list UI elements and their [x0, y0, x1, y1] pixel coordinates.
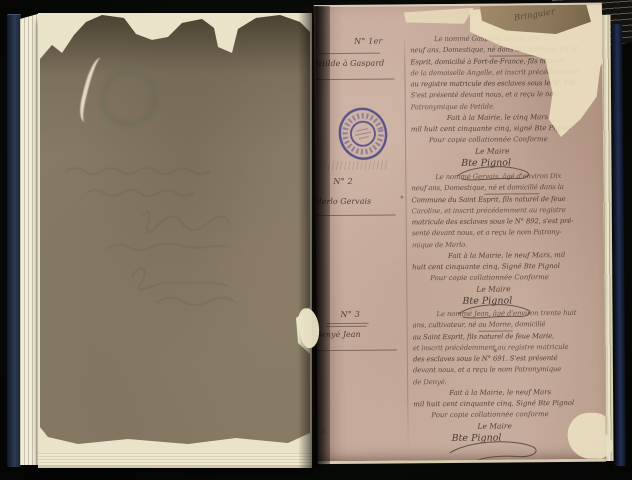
ghost-writing — [46, 153, 302, 363]
book-cover-right-edge — [611, 24, 626, 466]
left-page — [38, 13, 312, 465]
scanned-register-spread: N° 1er Petilde à Gaspard Le nommé Gaspar… — [0, 0, 632, 480]
book-cover-left-edge — [7, 14, 21, 467]
margin-rule — [327, 323, 369, 324]
certification-line: Pour copie collationnée Conforme — [429, 134, 601, 147]
page-number: 3 — [321, 427, 326, 435]
body-line: neuf ans, Domestique, né et domicilié da… — [411, 182, 601, 195]
body-line: ans, cultivateur, né au Morne, domicilié — [413, 319, 603, 332]
margin-rule — [327, 326, 367, 327]
certification-line: Pour copie collationnée Conforme — [430, 272, 602, 285]
body-line: de Denyé. — [413, 375, 603, 388]
signature-flourish-large — [444, 438, 548, 464]
acte-entry-2: N° 2 Merlo Gervais Le nommé Gervais, âgé… — [315, 169, 604, 314]
entry-body: Le nommé Gervais, âgé d'environ Dix neuf… — [411, 171, 602, 316]
entry-margin-name: Merlo Gervais — [314, 196, 408, 206]
margin-rule — [318, 53, 380, 55]
torn-tissue-overlay — [400, 8, 476, 27]
entry-margin-name: Petilde à Gaspard — [314, 58, 407, 68]
body-line: mique de Merlo. — [412, 238, 602, 251]
ghost-stamp-ring — [100, 69, 158, 127]
body-line: Caroline, et inscrit précédemment au reg… — [412, 205, 602, 218]
right-page: N° 1er Petilde à Gaspard Le nommé Gaspar… — [314, 3, 606, 464]
mairie-round-stamp-icon — [335, 104, 392, 164]
entry-margin-number: N° 3 — [340, 310, 360, 319]
entry-margin-number: N° 2 — [333, 177, 353, 186]
body-line: et inscrit précédemment au registre matr… — [413, 342, 603, 355]
margin-rule — [314, 78, 394, 80]
entry-margin-number: N° 1er — [354, 37, 382, 46]
entry-margin-name: Denyé Jean — [315, 329, 409, 339]
margin-rule — [316, 214, 396, 216]
acte-entry-3: N° 3 Denyé Jean Le nommé Jean, âgé d'env… — [316, 306, 605, 465]
margin-rule — [317, 349, 397, 351]
